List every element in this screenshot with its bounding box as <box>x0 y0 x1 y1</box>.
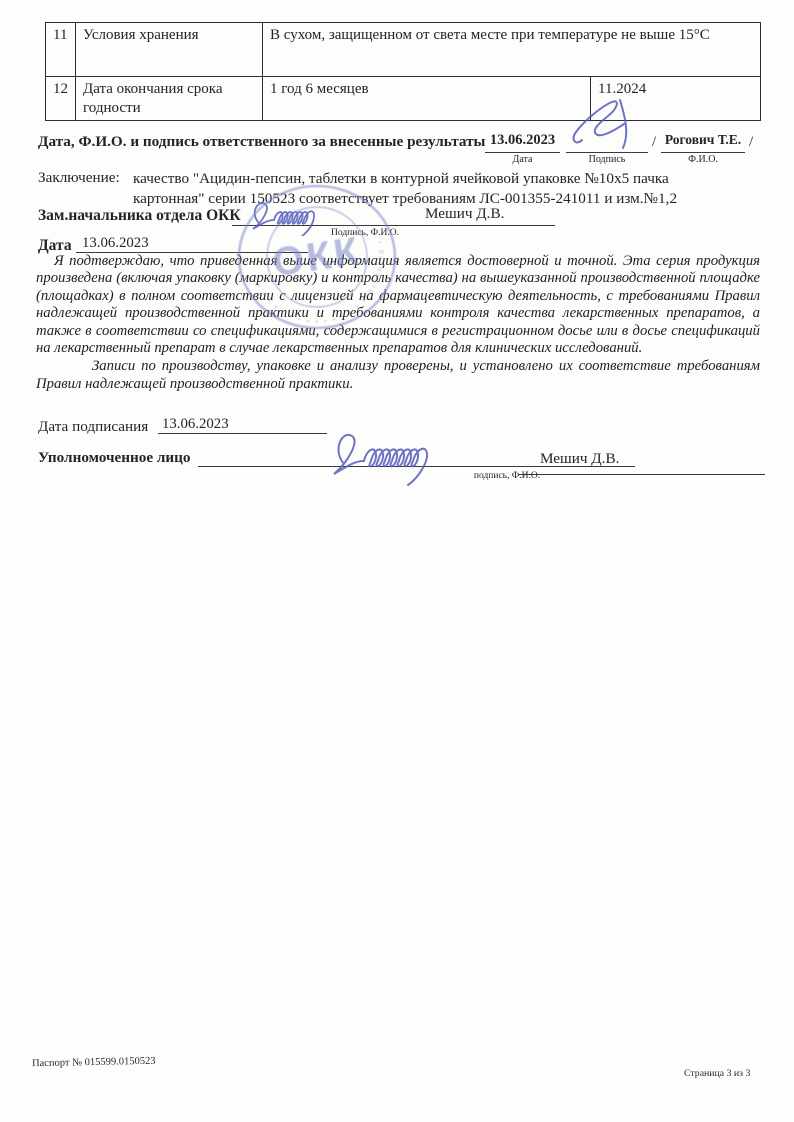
row-label: Дата окончания срока годности <box>76 77 263 121</box>
row-number: 12 <box>46 77 76 121</box>
responsible-date-field: 13.06.2023 Дата <box>485 132 560 165</box>
statement-paragraph-1: Я подтверждаю, что приведенная выше инфо… <box>36 253 760 357</box>
stamp-center-text: ОКК <box>270 229 364 285</box>
signature-rogovich <box>568 96 660 158</box>
signature-authorized <box>322 424 518 488</box>
conclusion-label: Заключение: <box>38 169 120 187</box>
footer-page-number: Страница 3 из 3 <box>684 1068 750 1079</box>
deputy-name: Мешич Д.В. <box>425 205 504 223</box>
statement-paragraph-2: Записи по производству, упаковке и анали… <box>36 358 760 393</box>
statement-block: Я подтверждаю, что приведенная выше инфо… <box>36 253 760 393</box>
footer-passport-number: Паспорт № 015599.0150523 <box>32 1056 156 1070</box>
row-value: В сухом, защищенном от света месте при т… <box>263 23 761 77</box>
table-row: 11 Условия хранения В сухом, защищенном … <box>46 23 761 77</box>
conclusion-line1: качество "Ацидин-пепсин, таблетки в конт… <box>133 169 753 189</box>
responsible-name-field: Рогович Т.Е. Ф.И.О. <box>661 132 745 165</box>
row-label: Условия хранения <box>76 23 263 77</box>
separator-slash: / <box>749 134 753 151</box>
responsible-name-caption: Ф.И.О. <box>661 154 745 165</box>
responsible-date-caption: Дата <box>485 154 560 165</box>
authorized-name: Мешич Д.В. <box>540 450 619 468</box>
deputy-label: Зам.начальника отдела ОКК <box>38 207 241 225</box>
document-page: 11 Условия хранения В сухом, защищенном … <box>0 0 794 1122</box>
conclusion-text: качество "Ацидин-пепсин, таблетки в конт… <box>133 169 753 208</box>
row-number: 11 <box>46 23 76 77</box>
responsible-name-value: Рогович Т.Е. <box>661 132 745 153</box>
responsible-label: Дата, Ф.И.О. и подпись ответственного за… <box>38 133 485 151</box>
responsible-date-value: 13.06.2023 <box>485 132 560 153</box>
row-value: 1 год 6 месяцев <box>263 77 591 121</box>
authorized-person-label: Уполномоченное лицо <box>38 449 191 467</box>
signing-date-value: 13.06.2023 <box>158 416 327 434</box>
okk-stamp: • Республика • • • • • • • • • • • • • •… <box>236 182 398 332</box>
signing-date-label: Дата подписания <box>38 418 148 436</box>
